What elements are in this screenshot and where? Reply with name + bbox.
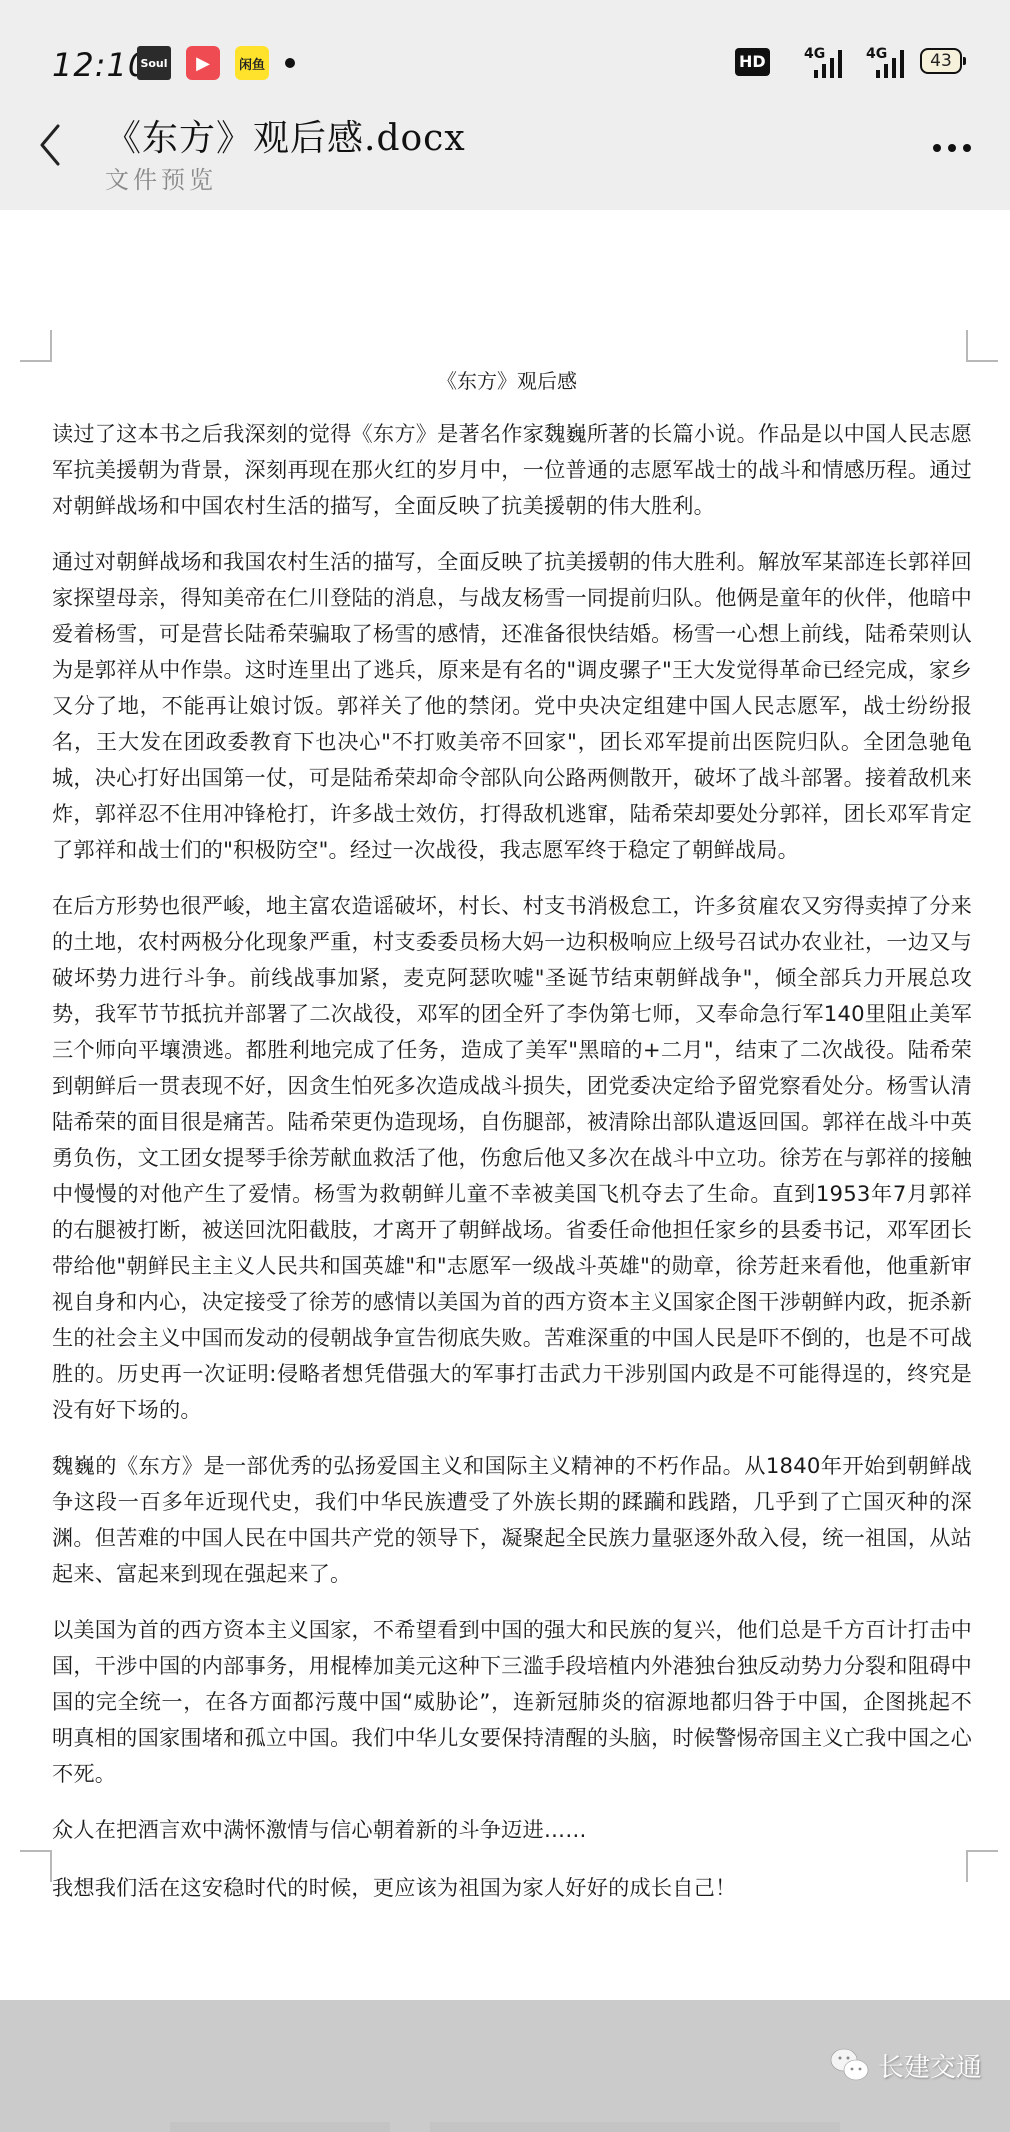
margin-corner-mark — [20, 1850, 52, 1882]
video-app-icon: ▶ — [186, 46, 220, 80]
paragraph: 我想我们活在这安稳时代的时候，更应该为祖国为家人好好的成长自己！ — [52, 1870, 972, 1906]
paragraph: 读过了这本书之后我深刻的觉得《东方》是著名作家魏巍所著的长篇小说。作品是以中国人… — [52, 416, 972, 524]
status-bar: 12:10 Soul ▶ 闲鱼 HD 4G 4G 43 — [0, 40, 1010, 90]
document-page[interactable]: 《东方》观后感 读过了这本书之后我深刻的觉得《东方》是著名作家魏巍所著的长篇小说… — [0, 210, 1010, 2000]
chevron-left-icon — [30, 120, 70, 170]
margin-corner-mark — [966, 330, 998, 362]
back-button[interactable] — [30, 120, 70, 170]
nav-bar: 《东方》观后感.docx 文件预览 — [0, 100, 1010, 200]
hd-voice-icon: HD — [735, 48, 770, 76]
toolbar-button-shadow — [430, 2122, 840, 2132]
margin-corner-mark — [20, 330, 52, 362]
toolbar-button-shadow — [170, 2122, 390, 2132]
watermark-text: 长建交通 — [878, 2047, 982, 2084]
status-time: 12:10 — [52, 46, 149, 84]
signal-strength-icon: 4G — [800, 46, 860, 78]
more-options-button[interactable] — [929, 140, 975, 156]
battery-icon: 43 — [920, 48, 962, 74]
dot-icon — [948, 144, 956, 152]
soul-app-icon: Soul — [137, 46, 171, 80]
paragraph: 在后方形势也很严峻，地主富农造谣破坏，村长、村支书消极怠工，许多贫雇农又穷得卖掉… — [52, 888, 972, 1428]
paragraph: 众人在把酒言欢中满怀激情与信心朝着新的斗争迈进…… — [52, 1812, 972, 1848]
dot-icon — [963, 144, 971, 152]
notification-dot-icon — [285, 58, 295, 68]
dot-icon — [933, 144, 941, 152]
xianyu-app-icon: 闲鱼 — [235, 46, 269, 80]
signal-strength-icon: 4G — [862, 46, 922, 78]
paragraph: 通过对朝鲜战场和我国农村生活的描写，全面反映了抗美援朝的伟大胜利。解放军某部连长… — [52, 544, 972, 868]
paragraph: 以美国为首的西方资本主义国家，不希望看到中国的强大和民族的复兴，他们总是千方百计… — [52, 1612, 972, 1792]
watermark: 长建交通 — [828, 2045, 982, 2085]
bottom-toolbar-area: 长建交通 — [0, 2000, 1010, 2132]
document-subtitle: 文件预览 — [105, 160, 217, 195]
app-header: 12:10 Soul ▶ 闲鱼 HD 4G 4G 43 — [0, 0, 1010, 210]
paragraph: 魏巍的《东方》是一部优秀的弘扬爱国主义和国际主义精神的不朽作品。从1840年开始… — [52, 1448, 972, 1592]
document-title: 《东方》观后感.docx — [105, 110, 466, 161]
document-heading: 《东方》观后感 — [42, 365, 972, 394]
document-body: 《东方》观后感 读过了这本书之后我深刻的觉得《东方》是著名作家魏巍所著的长篇小说… — [52, 365, 972, 1928]
battery-level: 43 — [930, 51, 952, 71]
wechat-icon — [828, 2045, 872, 2085]
